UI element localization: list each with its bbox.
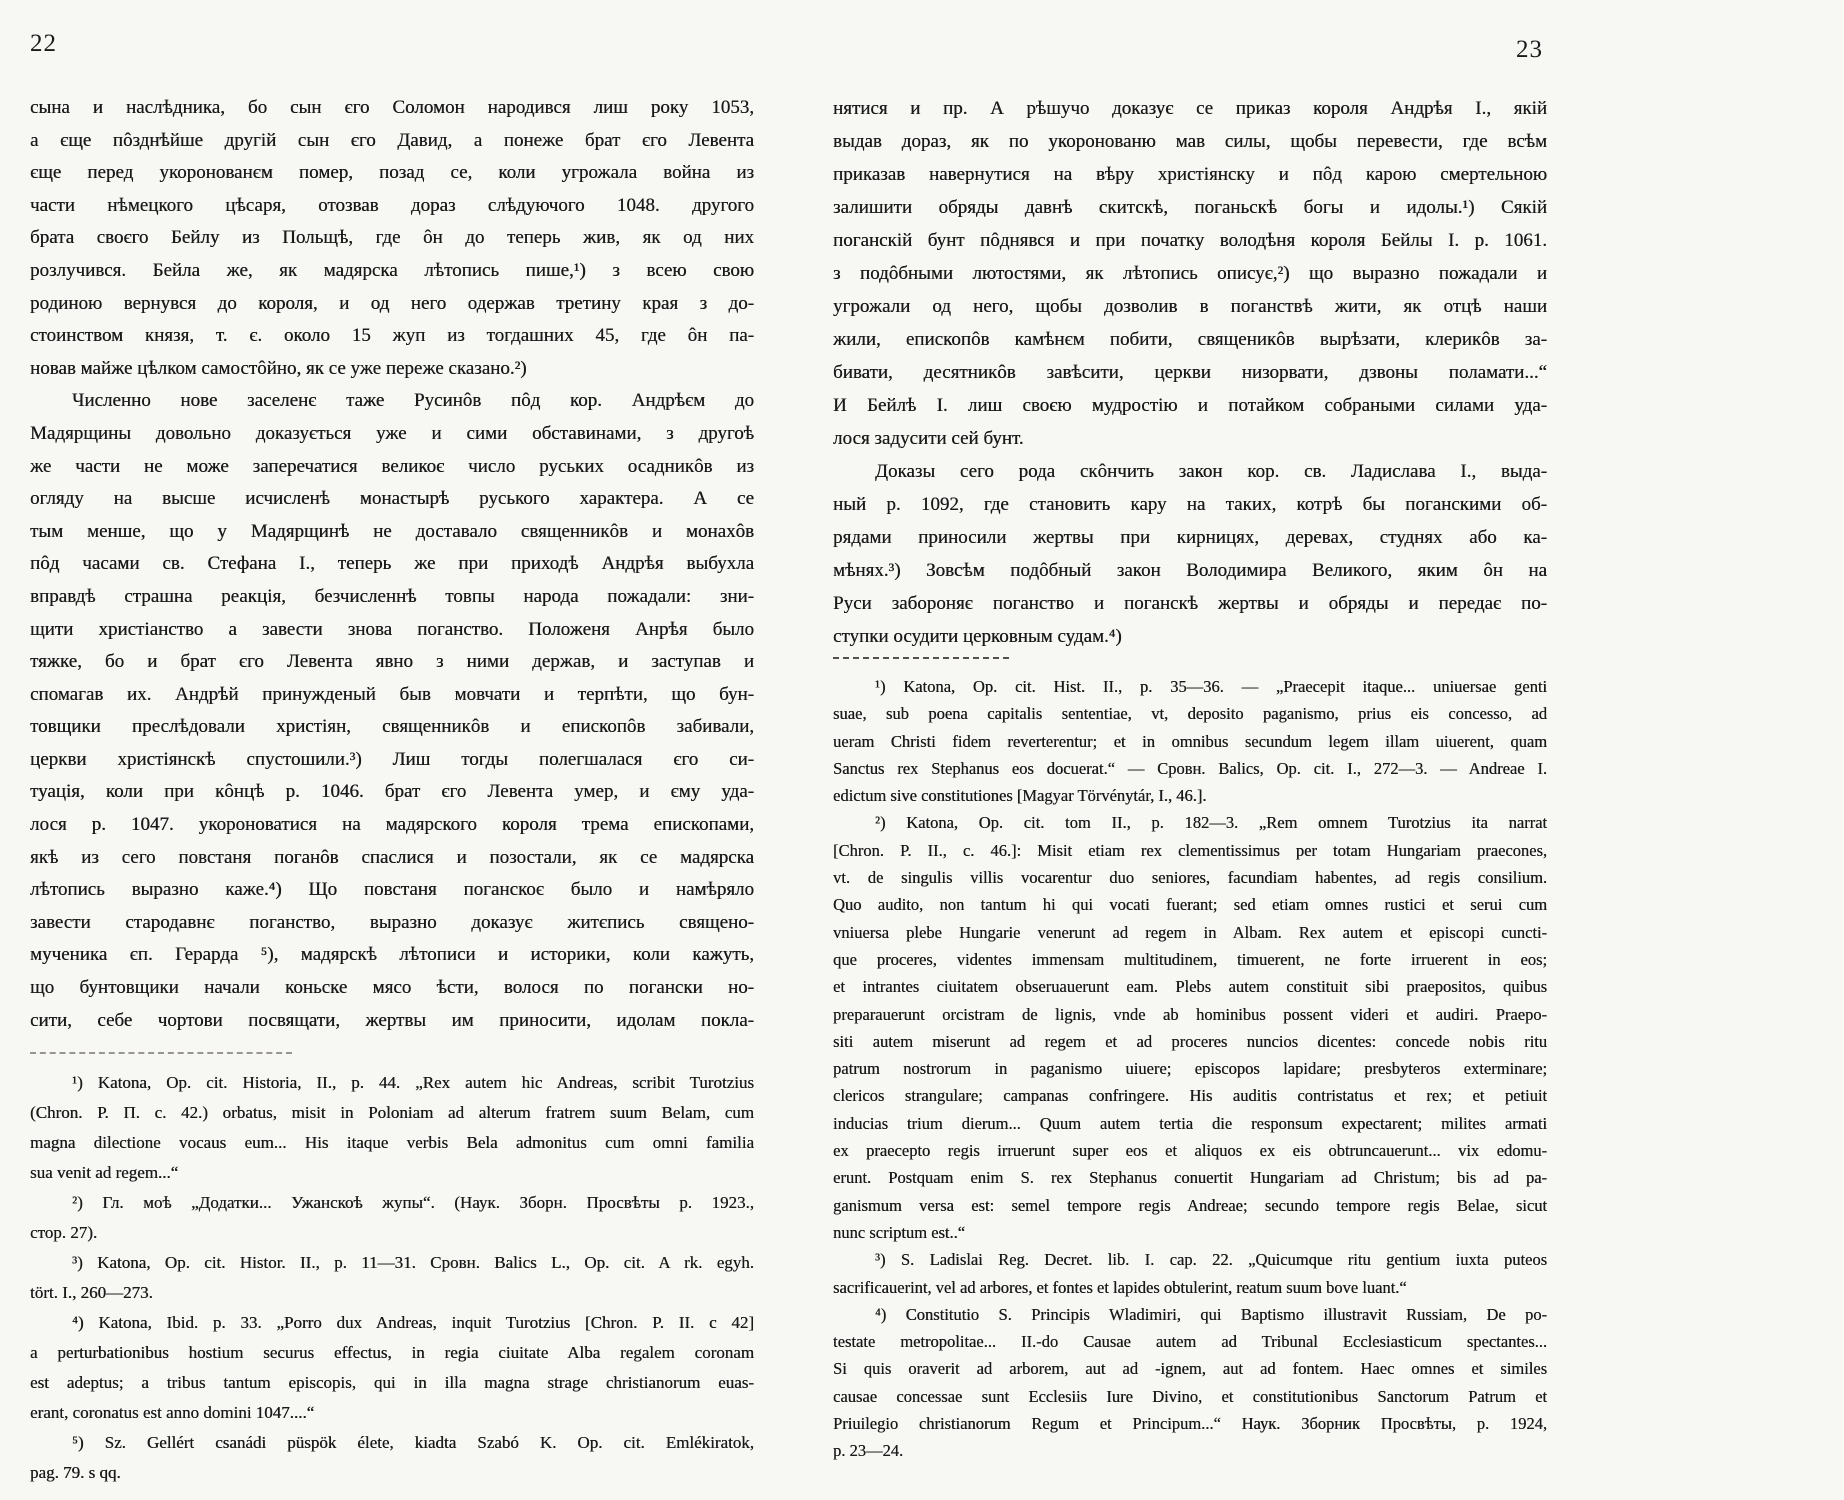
text-line: vniuersa plebe Hungarie venerunt ad rege…: [833, 919, 1547, 946]
text-line: et intrantes ciuitatem obseruauerunt eam…: [833, 973, 1547, 1000]
text-line: жили, епископôв камѣнєм побити, священик…: [833, 323, 1547, 356]
text-line: якѣ из сего повстаня поганôв спаслися и …: [30, 842, 754, 875]
text-line: угрожали од него, щобы дозволив в поганс…: [833, 290, 1547, 323]
text-line: стоинством князя, т. є. около 15 жуп из …: [30, 320, 754, 353]
footnote-separator-left: [30, 1052, 292, 1054]
paragraph: Доказы сего рода скôнчить закон кор. св.…: [833, 455, 1547, 653]
text-line: розлучився. Бейла же, як мадярска лѣтопи…: [30, 255, 754, 288]
text-line: sua venit ad regem...“: [30, 1158, 754, 1188]
text-line: ⁴) Constitutio S. Principis Wladimiri, q…: [833, 1301, 1547, 1328]
text-line: сына и наслѣдника, бо сын єго Соломон на…: [30, 92, 754, 125]
text-line: Sanctus rex Stephanus eos docuerat.“ — С…: [833, 755, 1547, 782]
text-line: preparauerunt orcistram de lignis, vnde …: [833, 1001, 1547, 1028]
paragraph: Численно нове заселенє таже Русинôв пôд …: [30, 385, 754, 1037]
text-line: товщики преслѣдовали христіян, священник…: [30, 711, 754, 744]
text-line: vt. de singulis villis vocarentur duo se…: [833, 864, 1547, 891]
text-line: з подôбными лютостями, як лѣтопись опису…: [833, 257, 1547, 290]
paragraph: ¹) Katona, Op. cit. Historia, II., p. 44…: [30, 1068, 754, 1188]
text-line: ступки осудити церковным судам.⁴): [833, 620, 1547, 653]
text-line: Руси забороняє поганство и поганскѣ жерт…: [833, 587, 1547, 620]
text-line: Si quis oraverit ad arborem, aut ad -ign…: [833, 1355, 1547, 1382]
text-line: Quo audito, non tantum hi qui vocati fue…: [833, 891, 1547, 918]
text-line: туація, коли при кôнцѣ р. 1046. брат єго…: [30, 776, 754, 809]
paragraph: ⁵) Sz. Gellért csanádi püspök élete, kia…: [30, 1428, 754, 1488]
text-line: p. 23—24.: [833, 1437, 1547, 1464]
paragraph: ²) Katona, Op. cit. tom II., p. 182—3. „…: [833, 809, 1547, 1246]
text-line: спомагав их. Андрѣй принужденый быв мовч…: [30, 679, 754, 712]
text-line: magna dilectione vocaus eum... His itaqu…: [30, 1128, 754, 1158]
text-line: siti autem miserunt ad regem et ad proce…: [833, 1028, 1547, 1055]
text-line: мѣнях.³) Зовсѣм подôбный закон Володимир…: [833, 554, 1547, 587]
text-line: що бунтовщики начали коньске мясо ѣсти, …: [30, 972, 754, 1005]
text-line: ⁴) Katona, Ibid. p. 33. „Porro dux Andre…: [30, 1308, 754, 1338]
text-line: suae, sub poena capitalis sententiae, vt…: [833, 700, 1547, 727]
text-line: огляду на высше исчисленѣ монастырѣ русь…: [30, 483, 754, 516]
text-line: стор. 27).: [30, 1218, 754, 1248]
text-line: ¹) Katona, Op. cit. Hist. II., p. 35—36.…: [833, 673, 1547, 700]
text-line: новав майже цѣлком самостôйно, як се уже…: [30, 353, 754, 386]
text-line: a perturbationibus hostium securus effec…: [30, 1338, 754, 1368]
paragraph: нятися и пр. А рѣшучо доказує се приказ …: [833, 92, 1547, 455]
main-text-left: сына и наслѣдника, бо сын єго Соломон на…: [30, 92, 754, 1037]
text-line: сити, себе чортови посвящати, жертвы им …: [30, 1005, 754, 1038]
text-line: pag. 79. s qq.: [30, 1458, 754, 1488]
text-line: causae concessae sunt Ecclesiis Iure Div…: [833, 1383, 1547, 1410]
page-number-left: 22: [30, 30, 57, 58]
text-line: а єще пôзднѣйше другій сын єго Давид, а …: [30, 125, 754, 158]
text-line: лося р. 1047. укороноватися на мадярског…: [30, 809, 754, 842]
text-line: щити христіанство а завести знова поганс…: [30, 614, 754, 647]
text-line: поганскій бунт пôднявся и при початку во…: [833, 224, 1547, 257]
paragraph: ¹) Katona, Op. cit. Hist. II., p. 35—36.…: [833, 673, 1547, 809]
text-line: приказав навернутися на вѣру христіянску…: [833, 158, 1547, 191]
page-22: 22 сына и наслѣдника, бо сын єго Соломон…: [30, 0, 754, 1500]
text-line: [Chron. P. II., c. 46.]: Misit etiam rex…: [833, 837, 1547, 864]
footnote-separator-right: [833, 657, 1009, 659]
text-line: ex praecepto regis irruerunt super eos e…: [833, 1137, 1547, 1164]
paragraph: ⁴) Constitutio S. Principis Wladimiri, q…: [833, 1301, 1547, 1465]
text-line: залишити обряды давнѣ скитскѣ, поганьскѣ…: [833, 191, 1547, 224]
text-line: тым менше, що у Мадярщинѣ не доставало с…: [30, 516, 754, 549]
text-line: est adeptus; a tribus tantum episcopis, …: [30, 1368, 754, 1398]
text-line: Доказы сего рода скôнчить закон кор. св.…: [833, 455, 1547, 488]
text-line: nunc scriptum est..“: [833, 1219, 1547, 1246]
text-line: бивати, десятникôв завѣсити, церкви низо…: [833, 356, 1547, 389]
text-line: завести стародавнє поганство, выразно до…: [30, 907, 754, 940]
text-line: тяжке, бо и брат єго Левента явно з ними…: [30, 646, 754, 679]
text-line: ²) Katona, Op. cit. tom II., p. 182—3. „…: [833, 809, 1547, 836]
footnotes-right: ¹) Katona, Op. cit. Hist. II., p. 35—36.…: [833, 673, 1547, 1465]
text-line: erant, coronatus est anno domini 1047...…: [30, 1398, 754, 1428]
text-line: єще перед укоронованєм помер, позад се, …: [30, 157, 754, 190]
text-line: вправдѣ страшна реакція, безчисленнѣ тов…: [30, 581, 754, 614]
text-line: пôд часами св. Стефана І., теперь же при…: [30, 548, 754, 581]
paragraph: сына и наслѣдника, бо сын єго Соломон на…: [30, 92, 754, 385]
text-line: Мадярщины довольно доказується уже и сим…: [30, 418, 754, 451]
text-line: ³) Katona, Op. cit. Histor. II., p. 11—3…: [30, 1248, 754, 1278]
text-line: patrum nostrorum in paganismo uiuere; ep…: [833, 1055, 1547, 1082]
page-number-right: 23: [1516, 36, 1543, 64]
footnotes-left: ¹) Katona, Op. cit. Historia, II., p. 44…: [30, 1068, 754, 1488]
text-line: ³) S. Ladislai Reg. Decret. lib. I. cap.…: [833, 1246, 1547, 1273]
text-line: церкви христіянскѣ спустошили.³) Лиш тог…: [30, 744, 754, 777]
text-line: мученика єп. Герарда ⁵), мадярскѣ лѣтопи…: [30, 939, 754, 972]
paragraph: ³) Katona, Op. cit. Histor. II., p. 11—3…: [30, 1248, 754, 1308]
paragraph: ³) S. Ladislai Reg. Decret. lib. I. cap.…: [833, 1246, 1547, 1301]
text-line: лося задусити сей бунт.: [833, 422, 1547, 455]
text-line: (Chron. Р. П. c. 42.) orbatus, misit in …: [30, 1098, 754, 1128]
text-line: ueram Christi fidem reverterentur; et in…: [833, 728, 1547, 755]
text-line: que proceres, videntes immensam multitud…: [833, 946, 1547, 973]
text-line: же части не може заперечатися великоє чи…: [30, 451, 754, 484]
text-line: ²) Гл. моѣ „Додатки... Ужанскоѣ жупы“. (…: [30, 1188, 754, 1218]
text-line: лѣтопись выразно каже.⁴) Що повстаня пог…: [30, 874, 754, 907]
text-line: нятися и пр. А рѣшучо доказує се приказ …: [833, 92, 1547, 125]
text-line: clericos strangulare; campanas confringe…: [833, 1082, 1547, 1109]
text-line: части нѣмецкого цѣсаря, отозвав дораз сл…: [30, 190, 754, 223]
text-line: брата своєго Бейлу из Польщѣ, где ôн до …: [30, 222, 754, 255]
text-line: рядами приносили жертвы при кирницях, де…: [833, 521, 1547, 554]
text-line: ganismum versa est: semel tempore regis …: [833, 1192, 1547, 1219]
text-line: erunt. Postquam enim S. rex Stephanus co…: [833, 1164, 1547, 1191]
text-line: ¹) Katona, Op. cit. Historia, II., p. 44…: [30, 1068, 754, 1098]
text-line: Численно нове заселенє таже Русинôв пôд …: [30, 385, 754, 418]
text-line: И Бейлѣ І. лиш своєю мудростію и потайко…: [833, 389, 1547, 422]
paragraph: ⁴) Katona, Ibid. p. 33. „Porro dux Andre…: [30, 1308, 754, 1428]
text-line: inducias trium dierum... Quum autem tert…: [833, 1110, 1547, 1137]
text-line: tört. I., 260—273.: [30, 1278, 754, 1308]
text-line: ⁵) Sz. Gellért csanádi püspök élete, kia…: [30, 1428, 754, 1458]
paragraph: ²) Гл. моѣ „Додатки... Ужанскоѣ жупы“. (…: [30, 1188, 754, 1248]
text-line: выдав дораз, як по укоронованю мав силы,…: [833, 125, 1547, 158]
text-line: sacrificauerint, vel ad arbores, et font…: [833, 1274, 1547, 1301]
text-line: testate metropolitae... II.-do Causae au…: [833, 1328, 1547, 1355]
text-line: ный р. 1092, где становить кару на таких…: [833, 488, 1547, 521]
page-23: 23 нятися и пр. А рѣшучо доказує се прик…: [833, 0, 1547, 1500]
book-spread: 22 сына и наслѣдника, бо сын єго Соломон…: [0, 0, 1844, 1500]
text-line: Priuilegio christianorum Regum et Princi…: [833, 1410, 1547, 1437]
text-line: edictum sive constitutiones [Magyar Törv…: [833, 782, 1547, 809]
text-line: родиною вернувся до короля, и од него од…: [30, 288, 754, 321]
main-text-right: нятися и пр. А рѣшучо доказує се приказ …: [833, 92, 1547, 653]
